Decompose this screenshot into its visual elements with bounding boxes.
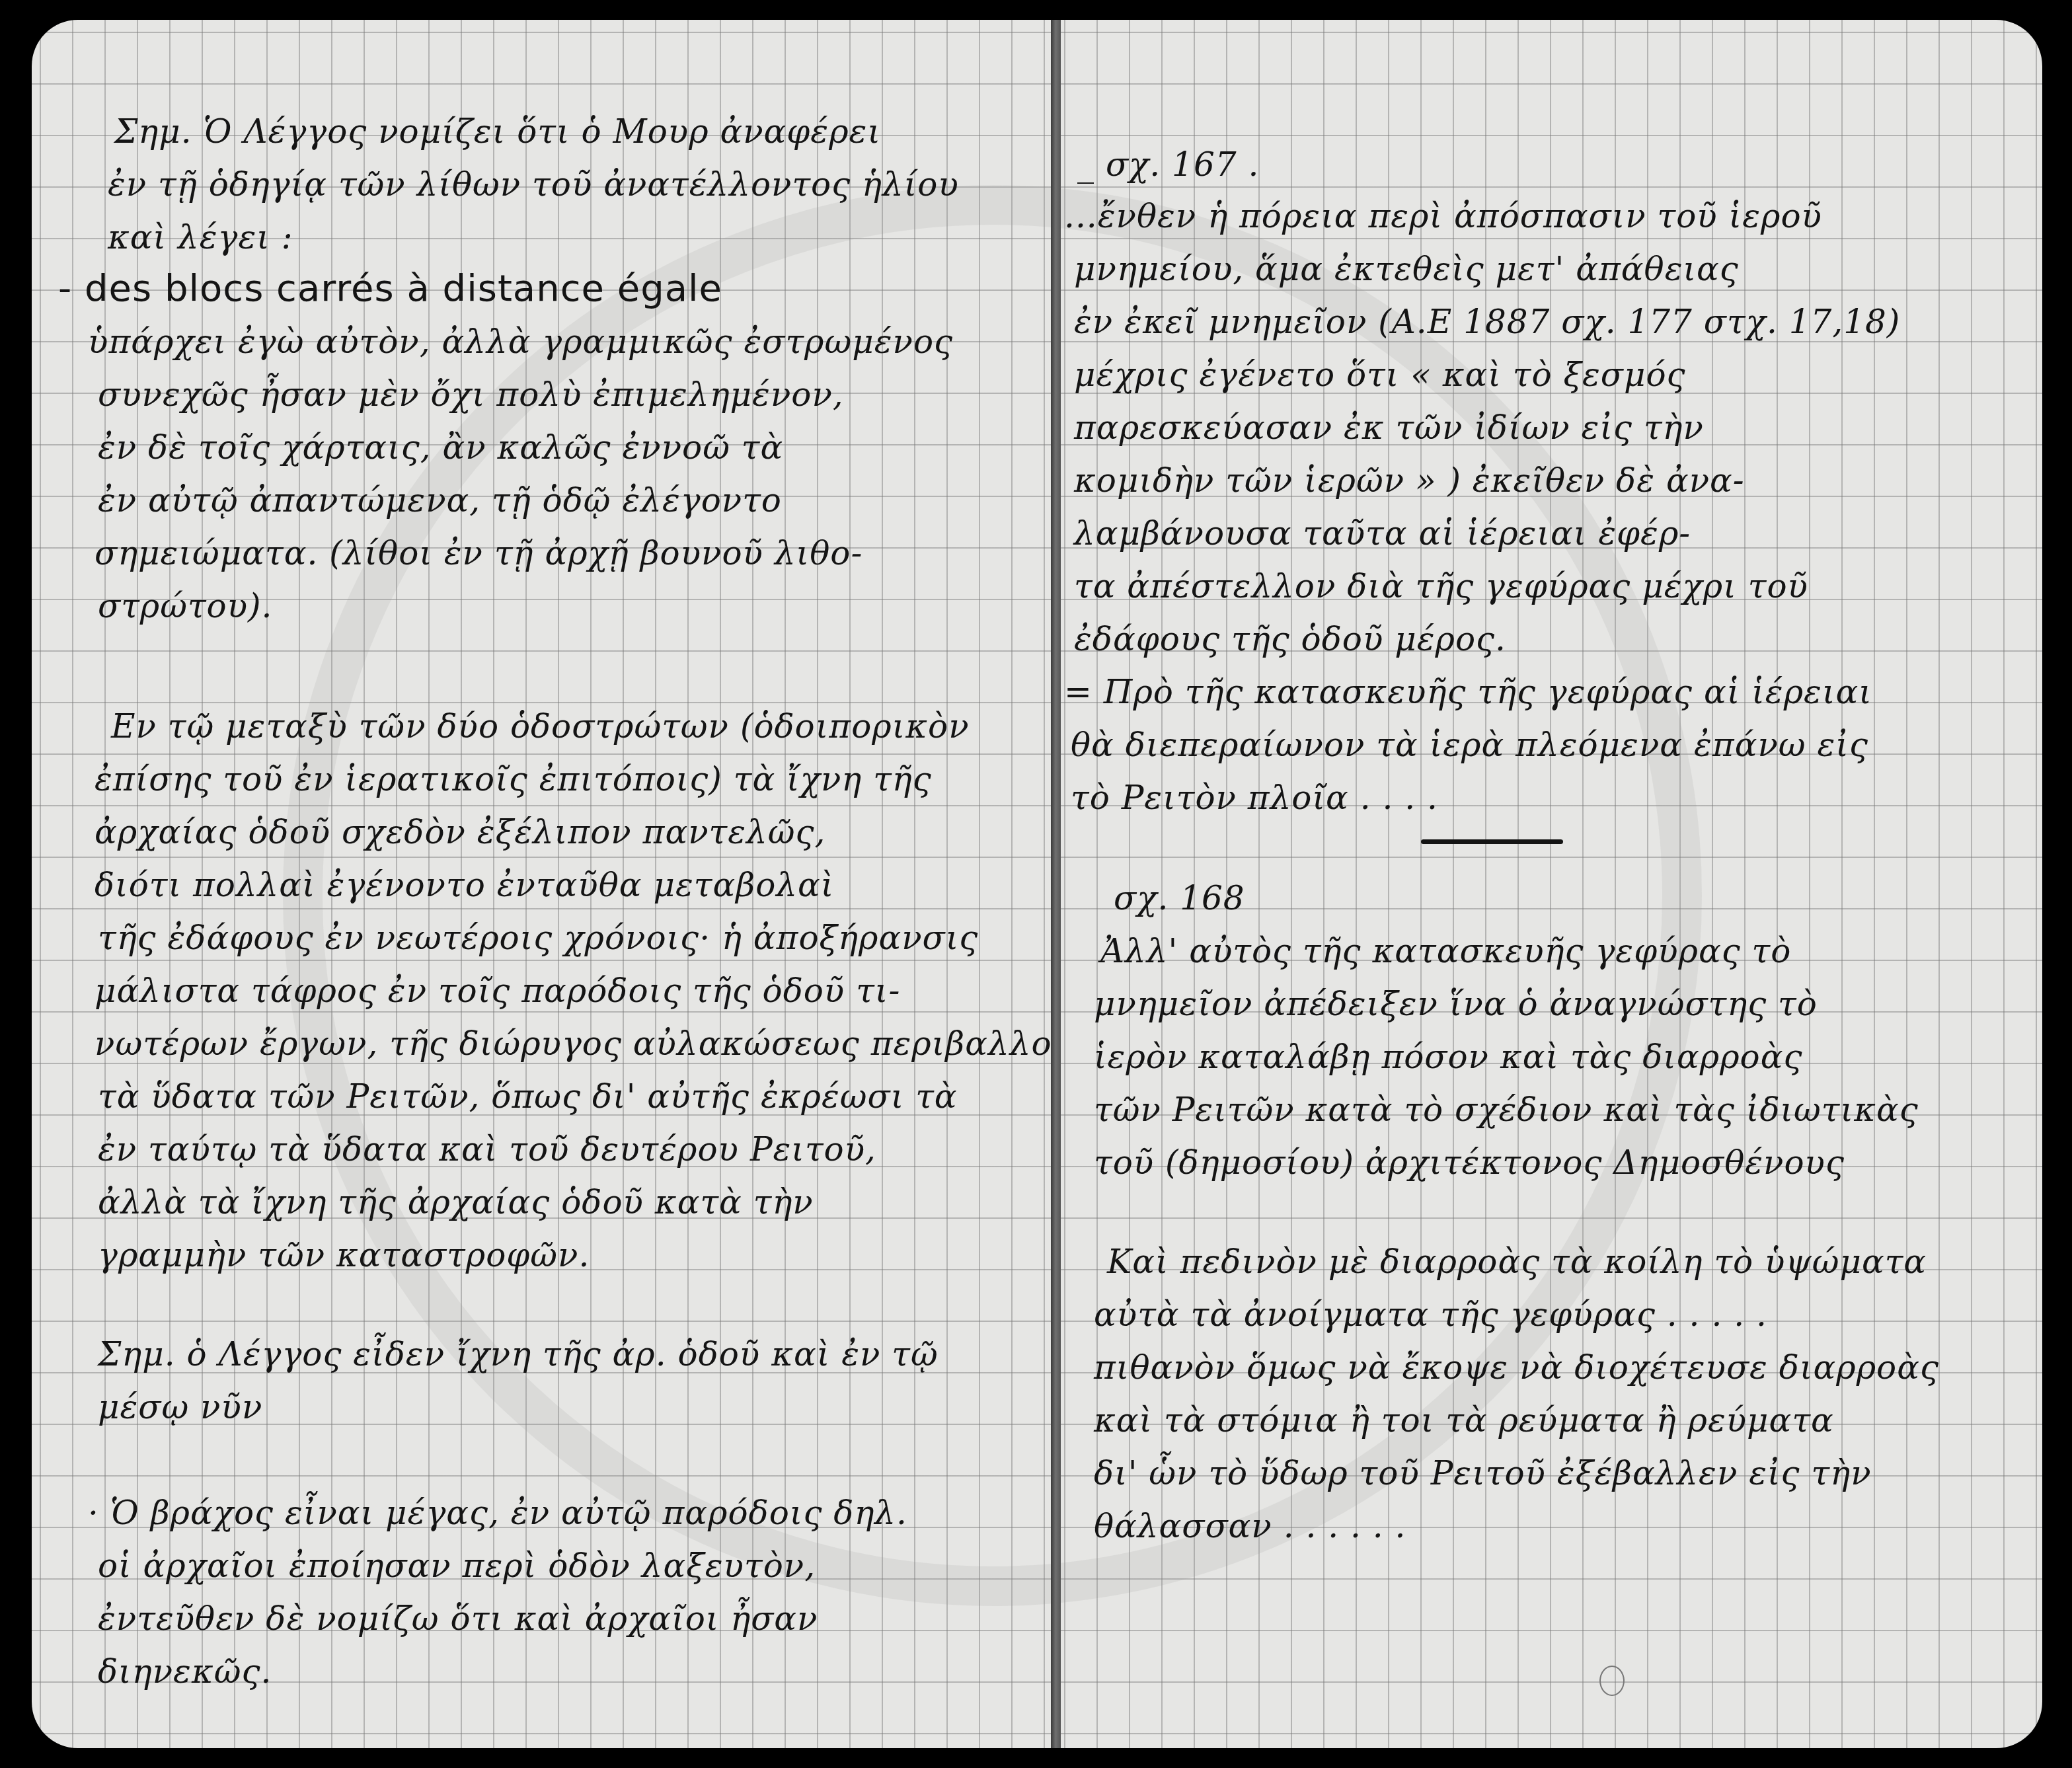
handwritten-line: ἐν ταύτῳ τὰ ὕδατα καὶ τοῦ δευτέρου Ρειτο… [98, 1124, 876, 1175]
notebook-spread: Σημ. Ὁ Λέγγος νομίζει ὅτι ὁ Μουρ ἀναφέρε… [0, 0, 2072, 1768]
handwritten-line: μέσῳ νῦν [98, 1381, 262, 1433]
handwritten-line: διηνεκῶς. [98, 1646, 272, 1697]
handwritten-line: παρεσκεύασαν ἐκ τῶν ἰδίων εἰς τὴν [1074, 402, 1704, 453]
handwritten-line: τὰ ὕδατα τῶν Ρειτῶν, ὅπως δι' αὐτῆς ἐκρέ… [98, 1071, 958, 1122]
handwritten-line: · Ὁ βράχος εἶναι μέγας, ἐν αὐτῷ παρόδοις… [88, 1487, 907, 1539]
handwritten-line: τα ἀπέστελλον διὰ τῆς γεφύρας μέχρι τοῦ [1074, 560, 1808, 612]
handwritten-line: μνημεῖον ἀπέδειξεν ἵνα ὁ ἀναγνώστης τὸ [1094, 978, 1818, 1030]
handwritten-line: ὑπάρχει ἐγὼ αὐτὸν, ἀλλὰ γραμμικῶς ἐστρωμ… [88, 316, 953, 367]
handwritten-line: ἐπίσης τοῦ ἐν ἱερατικοῖς ἐπιτόποις) τὰ ἴ… [95, 753, 932, 805]
handwritten-line: ἐν αὐτῷ ἀπαντώμενα, τῇ ὁδῷ ἐλέγοντο [98, 475, 782, 526]
handwritten-line: λαμβάνουσα ταῦτα αἱ ἱέρειαι ἐφέρ- [1074, 508, 1691, 559]
handwritten-line: στρώτου). [98, 580, 273, 632]
section-heading: _ σχ. 167 . [1077, 139, 1259, 190]
handwritten-line: Σημ. Ὁ Λέγγος νομίζει ὅτι ὁ Μουρ ἀναφέρε… [114, 106, 881, 157]
handwritten-line: διότι πολλαὶ ἐγένοντο ἐνταῦθα μεταβολαὶ [95, 859, 834, 911]
handwritten-line: τῆς ἐδάφους ἐν νεωτέροις χρόνοις· ἡ ἀποξ… [98, 912, 978, 964]
handwritten-line: καὶ λέγει : [108, 211, 293, 263]
handwritten-line: ...ἔνθεν ἡ πόρεια περὶ ἀπόσπασιν τοῦ ἱερ… [1064, 190, 1822, 242]
handwritten-line: μνημείου, ἅμα ἐκτεθεὶς μετ' ἀπάθειας [1074, 243, 1739, 295]
handwritten-line: τῶν Ρειτῶν κατὰ τὸ σχέδιον καὶ τὰς ἰδιωτ… [1094, 1084, 1919, 1135]
handwritten-line: μέχρις ἐγένετο ὅτι « καὶ τὸ ξεσμός [1074, 349, 1686, 401]
handwritten-line: κομιδὴν τῶν ἱερῶν » ) ἐκεῖθεν δὲ ἀνα- [1074, 455, 1745, 506]
handwritten-line: ἐδάφους τῆς ὁδοῦ μέρος. [1074, 613, 1506, 665]
handwritten-line: γραμμὴν τῶν καταστροφῶν. [98, 1229, 590, 1281]
handwritten-line: ἐντεῦθεν δὲ νομίζω ὅτι καὶ ἀρχαῖοι ἦσαν [98, 1593, 818, 1644]
handwritten-line: θὰ διεπεραίωνον τὰ ἱερὰ πλεόμενα ἐπάνω ε… [1071, 719, 1868, 771]
circled-page-mark [1599, 1666, 1625, 1696]
section-divider [1421, 839, 1563, 844]
section-heading: σχ. 168 [1114, 872, 1245, 924]
handwritten-line: ἐν δὲ τοῖς χάρταις, ἂν καλῶς ἐννοῶ τὰ [98, 422, 783, 473]
handwritten-line: ἀρχαίας ὁδοῦ σχεδὸν ἐξέλιπον παντελῶς, [95, 806, 825, 858]
handwritten-line: συνεχῶς ἦσαν μὲν ὄχι πολὺ ἐπιμελημένον, [98, 369, 844, 420]
handwritten-line: οἱ ἀρχαῖοι ἐποίησαν περὶ ὁδὸν λαξευτὸν, [98, 1540, 816, 1592]
handwritten-line: σημειώματα. (λίθοι ἐν τῇ ἀρχῇ βουνοῦ λιθ… [95, 527, 863, 579]
handwritten-line: τὸ Ρειτὸν πλοῖα . . . . [1071, 772, 1438, 824]
handwritten-line: τοῦ (δημοσίου) ἀρχιτέκτονος Δημοσθένους [1094, 1137, 1845, 1188]
handwritten-line: Ἀλλ' αὐτὸς τῆς κατασκευῆς γεφύρας τὸ [1100, 925, 1791, 977]
handwritten-line: = Πρὸ τῆς κατασκευῆς τῆς γεφύρας αἱ ἱέρε… [1064, 666, 1872, 718]
handwritten-line: Εν τῷ μεταξὺ τῶν δύο ὁδοστρώτων (ὁδοιπορ… [111, 701, 970, 752]
handwritten-line: πιθανὸν ὅμως νὰ ἔκοψε νὰ διοχέτευσε διαρ… [1094, 1342, 1939, 1393]
handwritten-line: Σημ. ὁ Λέγγος εἶδεν ἴχνη τῆς ἀρ. ὁδοῦ κα… [98, 1328, 939, 1380]
handwritten-line-french: - des blocs carrés à distance égale [58, 263, 722, 315]
handwritten-line: ἐν ἐκεῖ μνημεῖον (Α.Ε 1887 σχ. 177 στχ. … [1074, 296, 1900, 348]
handwritten-line: Καὶ πεδινὸν μὲ διαρροὰς τὰ κοίλη τὸ ὑψώμ… [1107, 1236, 1927, 1288]
handwritten-line: δι' ὧν τὸ ὕδωρ τοῦ Ρειτοῦ ἐξέβαλλεν εἰς … [1094, 1447, 1872, 1499]
handwritten-line: ἐν τῇ ὁδηγίᾳ τῶν λίθων τοῦ ἀνατέλλοντος … [108, 159, 959, 210]
handwritten-line: ἀλλὰ τὰ ἴχνη τῆς ἀρχαίας ὁδοῦ κατὰ τὴν [98, 1176, 814, 1228]
handwritten-line: νωτέρων ἔργων, τῆς διώρυγος αὐλακώσεως π… [95, 1018, 1053, 1069]
left-page: Σημ. Ὁ Λέγγος νομίζει ὅτι ὁ Μουρ ἀναφέρε… [32, 20, 1053, 1748]
right-page: _ σχ. 167 . ...ἔνθεν ἡ πόρεια περὶ ἀπόσπ… [1061, 20, 2042, 1748]
handwritten-line: ἱερὸν καταλάβῃ πόσον καὶ τὰς διαρροὰς [1094, 1031, 1802, 1083]
handwritten-line: μάλιστα τάφρος ἐν τοῖς παρόδοις τῆς ὁδοῦ… [95, 965, 900, 1017]
handwritten-line: θάλασσαν . . . . . . [1094, 1500, 1406, 1552]
handwritten-line: αὐτὰ τὰ ἀνοίγματα τῆς γεφύρας . . . . . [1094, 1289, 1767, 1340]
handwritten-line: καὶ τὰ στόμια ἢ τοι τὰ ρεύματα ἢ ρεύματα [1094, 1395, 1834, 1446]
